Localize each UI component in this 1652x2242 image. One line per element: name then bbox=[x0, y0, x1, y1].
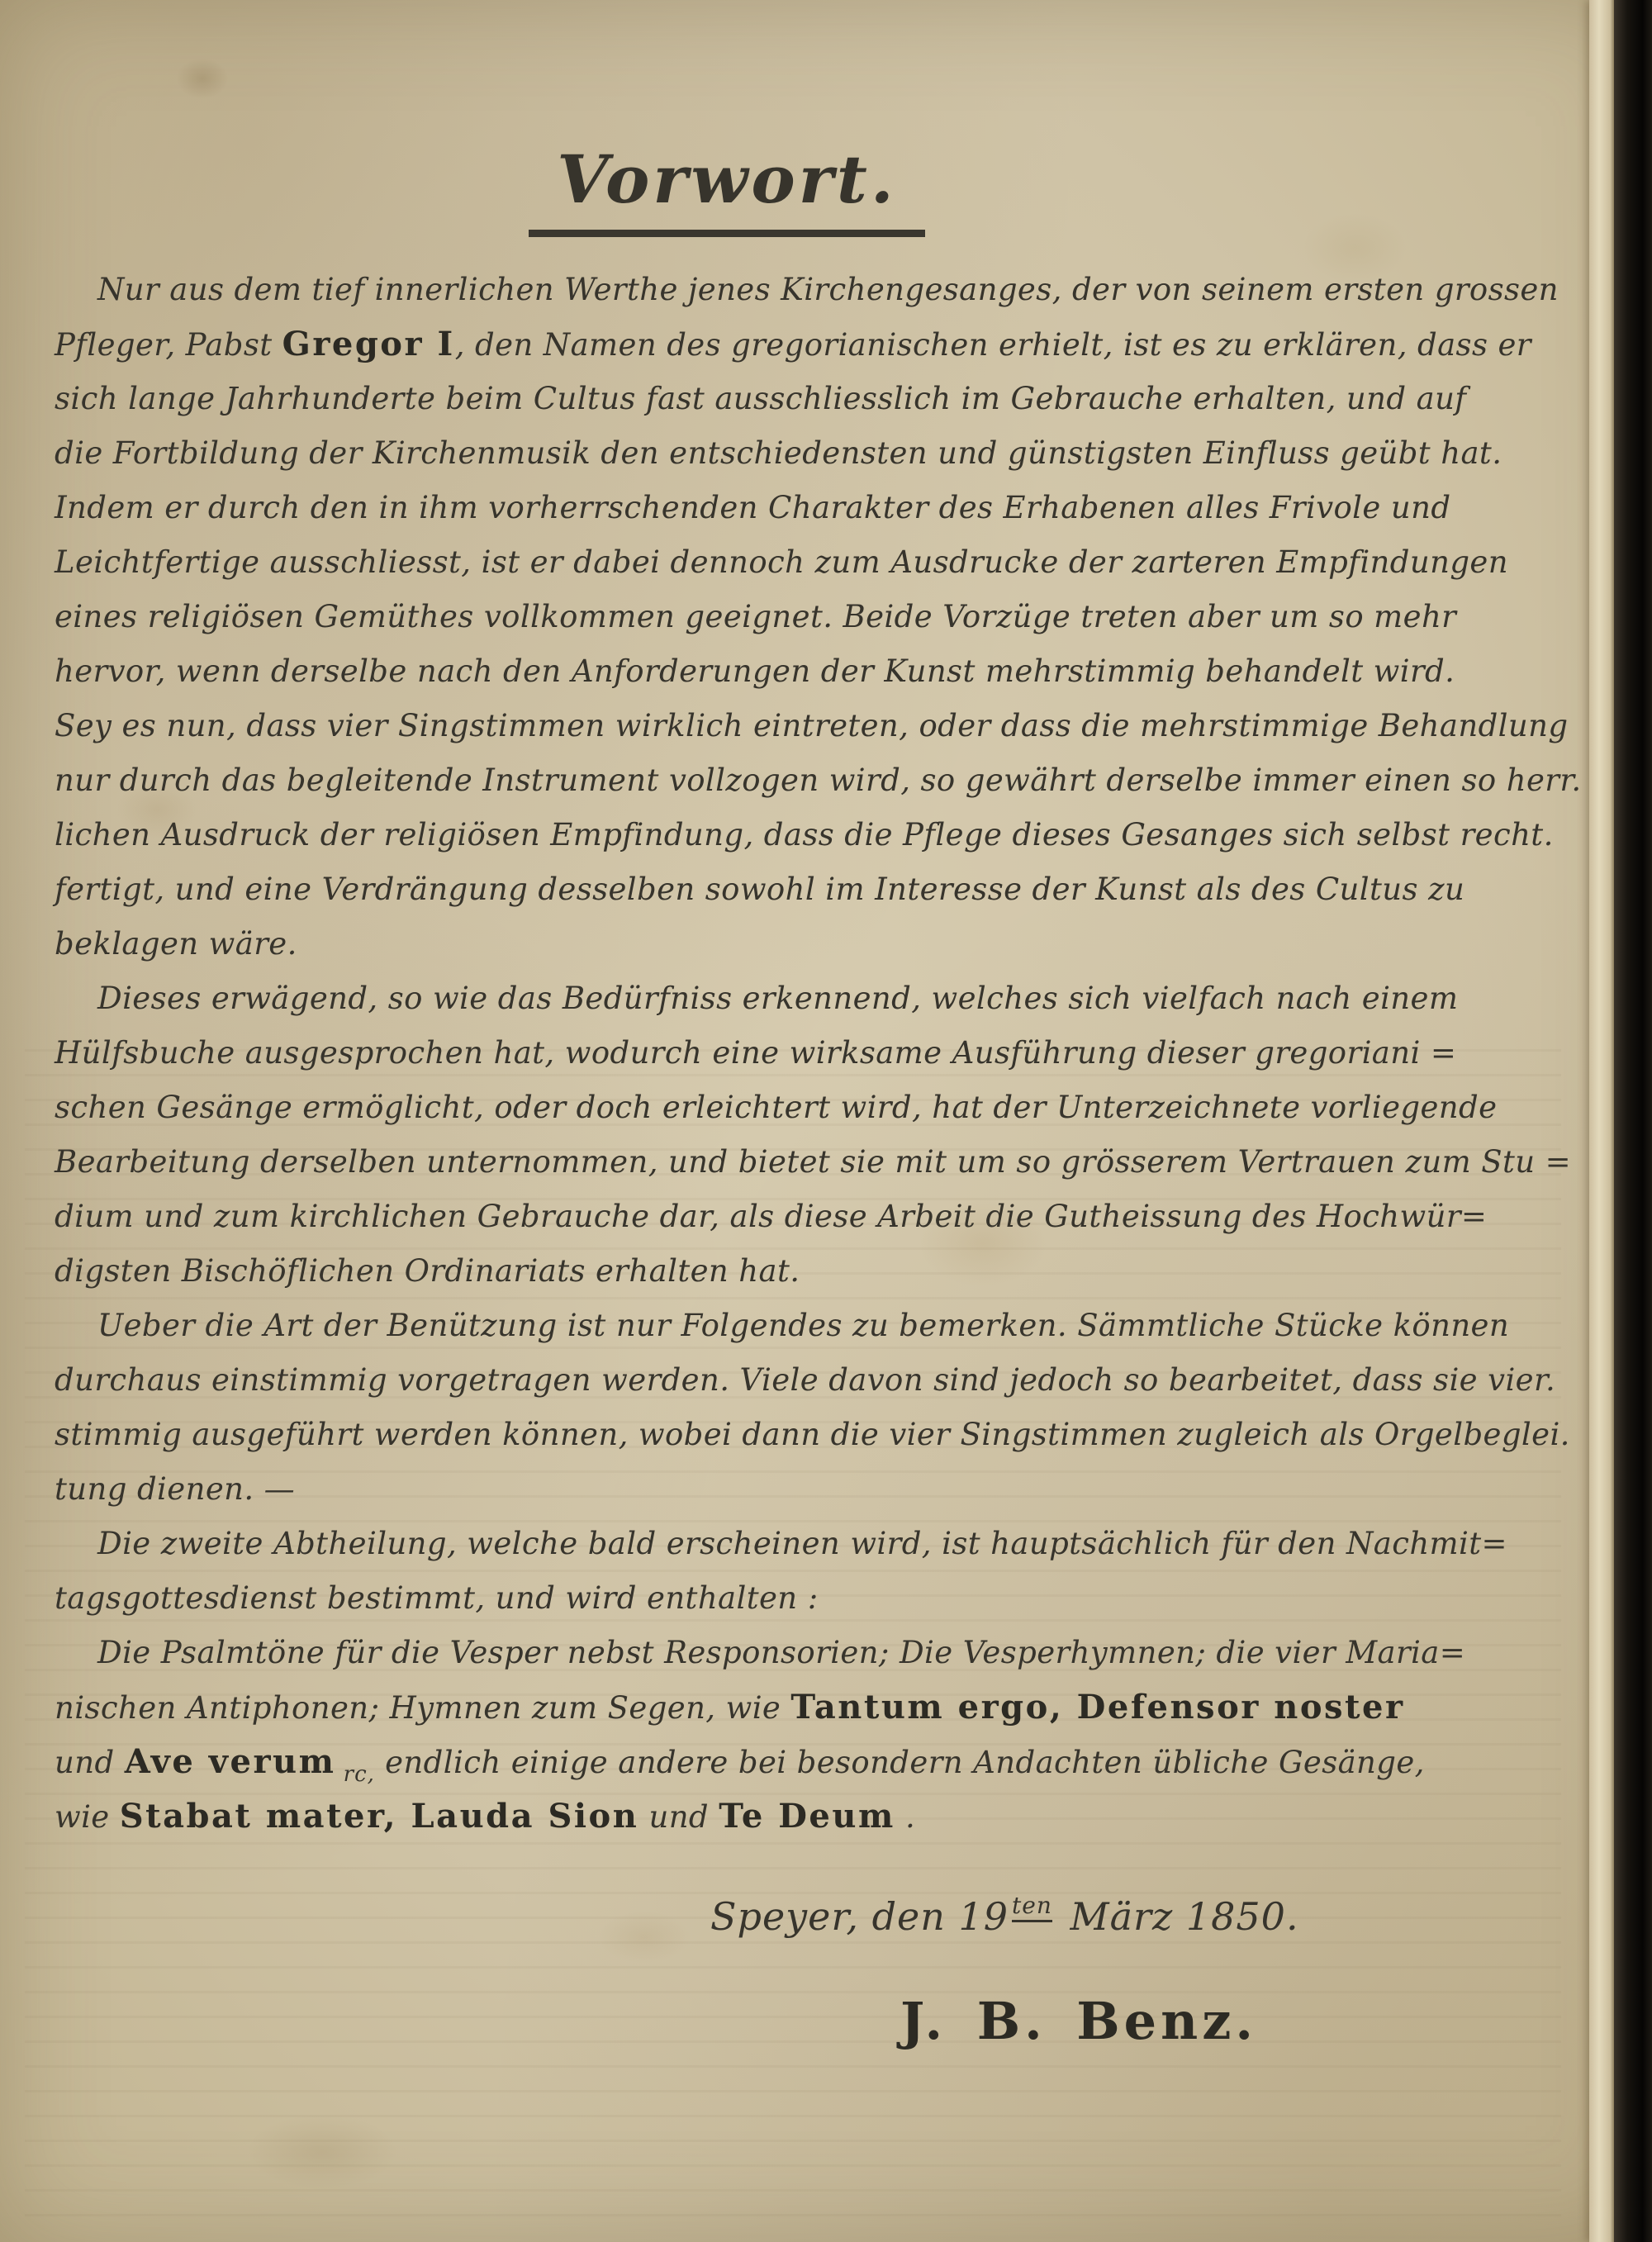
text-line: wie Stabat mater, Lauda Sion und Te Deum… bbox=[55, 1789, 1442, 1844]
text-line: hervor, wenn derselbe nach den Anforderu… bbox=[55, 644, 1442, 699]
script-text: lichen Ausdruck der religiösen Empfindun… bbox=[55, 817, 1554, 853]
script-text: Bearbeitung derselben unternommen, und b… bbox=[55, 1144, 1571, 1180]
text-line: Dieses erwägend, so wie das Bedürfniss e… bbox=[55, 971, 1442, 1026]
script-text: Nur aus dem tief innerlichen Werthe jene… bbox=[97, 272, 1559, 307]
text-line: eines religiösen Gemüthes vollkommen gee… bbox=[55, 590, 1442, 644]
text-line: dium und zum kirchlichen Gebrauche dar, … bbox=[55, 1190, 1442, 1244]
script-text: tagsgottesdienst bestimmt, und wird enth… bbox=[55, 1580, 819, 1616]
text-line: sich lange Jahrhunderte beim Cultus fast… bbox=[55, 372, 1442, 426]
script-text: . bbox=[895, 1799, 915, 1835]
script-text: hervor, wenn derselbe nach den Anforderu… bbox=[55, 653, 1455, 689]
paragraph: Dieses erwägend, so wie das Bedürfniss e… bbox=[55, 971, 1442, 1299]
paper-stain bbox=[578, 1900, 710, 1974]
text-line: fertigt, und eine Verdrängung desselben … bbox=[55, 862, 1442, 917]
dateline-year: März 1850. bbox=[1057, 1894, 1299, 1939]
script-text: und bbox=[638, 1799, 719, 1835]
script-text: Die Psalmtöne für die Vesper nebst Respo… bbox=[97, 1635, 1465, 1670]
script-text: beklagen wäre. bbox=[55, 926, 297, 962]
text-line: Ueber die Art der Benützung ist nur Folg… bbox=[55, 1299, 1442, 1353]
etc-abbreviation: rc, bbox=[335, 1762, 375, 1787]
bold-display-text: Ave verum bbox=[125, 1742, 336, 1781]
signature: J. B. Benz. bbox=[900, 1991, 1257, 2051]
book-binding bbox=[1614, 0, 1652, 2242]
script-text: und bbox=[55, 1745, 125, 1780]
text-line: Hülfsbuche ausgesprochen hat, wodurch ei… bbox=[55, 1026, 1442, 1081]
page-edge bbox=[1589, 0, 1614, 2242]
text-line: digsten Bischöflichen Ordinariats erhalt… bbox=[55, 1244, 1442, 1299]
script-text: durchaus einstimmig vorgetragen werden. … bbox=[55, 1362, 1555, 1398]
script-text: eines religiösen Gemüthes vollkommen gee… bbox=[55, 599, 1456, 634]
script-text: , den Namen des gregorianischen erhielt,… bbox=[455, 327, 1531, 363]
text-line: tagsgottesdienst bestimmt, und wird enth… bbox=[55, 1571, 1442, 1626]
script-text: digsten Bischöflichen Ordinariats erhalt… bbox=[55, 1253, 800, 1289]
text-line: stimmig ausgeführt werden können, wobei … bbox=[55, 1408, 1442, 1462]
script-text: schen Gesänge ermöglicht, oder doch erle… bbox=[55, 1090, 1497, 1125]
text-line: Leichtfertige ausschliesst, ist er dabei… bbox=[55, 535, 1442, 590]
script-text: fertigt, und eine Verdrängung desselben … bbox=[55, 872, 1464, 907]
paragraph: Die Psalmtöne für die Vesper nebst Respo… bbox=[55, 1626, 1442, 1844]
text-line: tung dienen. — bbox=[55, 1462, 1442, 1517]
text-line: beklagen wäre. bbox=[55, 917, 1442, 971]
bold-display-text: Gregor I bbox=[282, 325, 455, 363]
paper-stain bbox=[215, 2098, 430, 2206]
text-line: Bearbeitung derselben unternommen, und b… bbox=[55, 1135, 1442, 1190]
paper-stain bbox=[165, 50, 240, 107]
text-line: lichen Ausdruck der religiösen Empfindun… bbox=[55, 808, 1442, 862]
text-line: die Fortbildung der Kirchenmusik den ent… bbox=[55, 426, 1442, 481]
text-line: durchaus einstimmig vorgetragen werden. … bbox=[55, 1353, 1442, 1408]
script-text: Pfleger, Pabst bbox=[55, 327, 282, 363]
script-text: dium und zum kirchlichen Gebrauche dar, … bbox=[55, 1199, 1487, 1234]
text-line: nischen Antiphonen; Hymnen zum Segen, wi… bbox=[55, 1680, 1442, 1735]
script-text: Leichtfertige ausschliesst, ist er dabei… bbox=[55, 544, 1508, 580]
text-line: Nur aus dem tief innerlichen Werthe jene… bbox=[55, 263, 1442, 317]
text-line: Pfleger, Pabst Gregor I, den Namen des g… bbox=[55, 317, 1442, 372]
text-line: und Ave verum rc, endlich einige andere … bbox=[55, 1735, 1442, 1789]
text-line: Die zweite Abtheilung, welche bald ersch… bbox=[55, 1517, 1442, 1571]
bold-display-text: Tantum ergo, Defensor noster bbox=[790, 1688, 1404, 1727]
body-text: Nur aus dem tief innerlichen Werthe jene… bbox=[55, 263, 1442, 1844]
paragraph: Die zweite Abtheilung, welche bald ersch… bbox=[55, 1517, 1442, 1626]
bold-display-text: Stabat mater, Lauda Sion bbox=[120, 1797, 639, 1836]
script-text: sich lange Jahrhunderte beim Cultus fast… bbox=[55, 381, 1466, 416]
text-line: Sey es nun, dass vier Singstimmen wirkli… bbox=[55, 699, 1442, 753]
bold-display-text: Te Deum bbox=[719, 1797, 895, 1836]
script-text: Sey es nun, dass vier Singstimmen wirkli… bbox=[55, 708, 1568, 743]
text-line: Indem er durch den in ihm vorherrschende… bbox=[55, 481, 1442, 535]
dateline-ordinal-suffix: ten bbox=[1012, 1892, 1052, 1922]
script-text: wie bbox=[55, 1799, 120, 1835]
script-text: Hülfsbuche ausgesprochen hat, wodurch ei… bbox=[55, 1035, 1456, 1071]
paragraph: Ueber die Art der Benützung ist nur Folg… bbox=[55, 1299, 1442, 1517]
scanned-page: Vorwort. Nur aus dem tief innerlichen We… bbox=[0, 0, 1652, 2242]
paragraph: Nur aus dem tief innerlichen Werthe jene… bbox=[55, 263, 1442, 971]
text-line: nur durch das begleitende Instrument vol… bbox=[55, 753, 1442, 808]
dateline-place-date: Speyer, den 19 bbox=[710, 1894, 1009, 1939]
script-text: nur durch das begleitende Instrument vol… bbox=[55, 762, 1582, 798]
script-text: die Fortbildung der Kirchenmusik den ent… bbox=[55, 435, 1502, 471]
script-text: Die zweite Abtheilung, welche bald ersch… bbox=[97, 1526, 1507, 1561]
script-text: endlich einige andere bei besondern Anda… bbox=[375, 1745, 1425, 1780]
script-text: tung dienen. — bbox=[55, 1471, 295, 1507]
text-line: Die Psalmtöne für die Vesper nebst Respo… bbox=[55, 1626, 1442, 1680]
script-text: nischen Antiphonen; Hymnen zum Segen, wi… bbox=[55, 1690, 790, 1726]
text-line: schen Gesänge ermöglicht, oder doch erle… bbox=[55, 1081, 1442, 1135]
script-text: Dieses erwägend, so wie das Bedürfniss e… bbox=[97, 981, 1458, 1016]
page: Vorwort. Nur aus dem tief innerlichen We… bbox=[0, 0, 1652, 2242]
script-text: Ueber die Art der Benützung ist nur Folg… bbox=[97, 1308, 1509, 1343]
script-text: Indem er durch den in ihm vorherrschende… bbox=[55, 490, 1450, 525]
script-text: stimmig ausgeführt werden können, wobei … bbox=[55, 1417, 1570, 1452]
page-title: Vorwort. bbox=[529, 140, 925, 237]
dateline: Speyer, den 19ten März 1850. bbox=[710, 1892, 1299, 1939]
